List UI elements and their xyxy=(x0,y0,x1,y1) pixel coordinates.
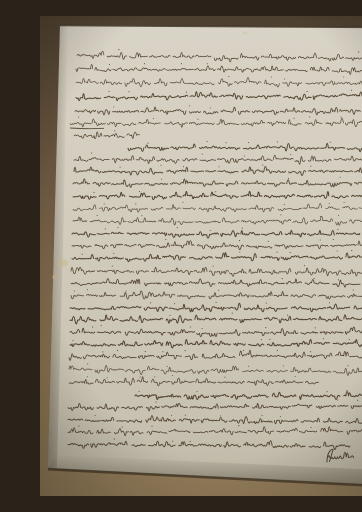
manuscript-photo xyxy=(40,16,362,496)
manuscript-svg xyxy=(40,16,362,496)
photo-vignette xyxy=(40,16,362,496)
